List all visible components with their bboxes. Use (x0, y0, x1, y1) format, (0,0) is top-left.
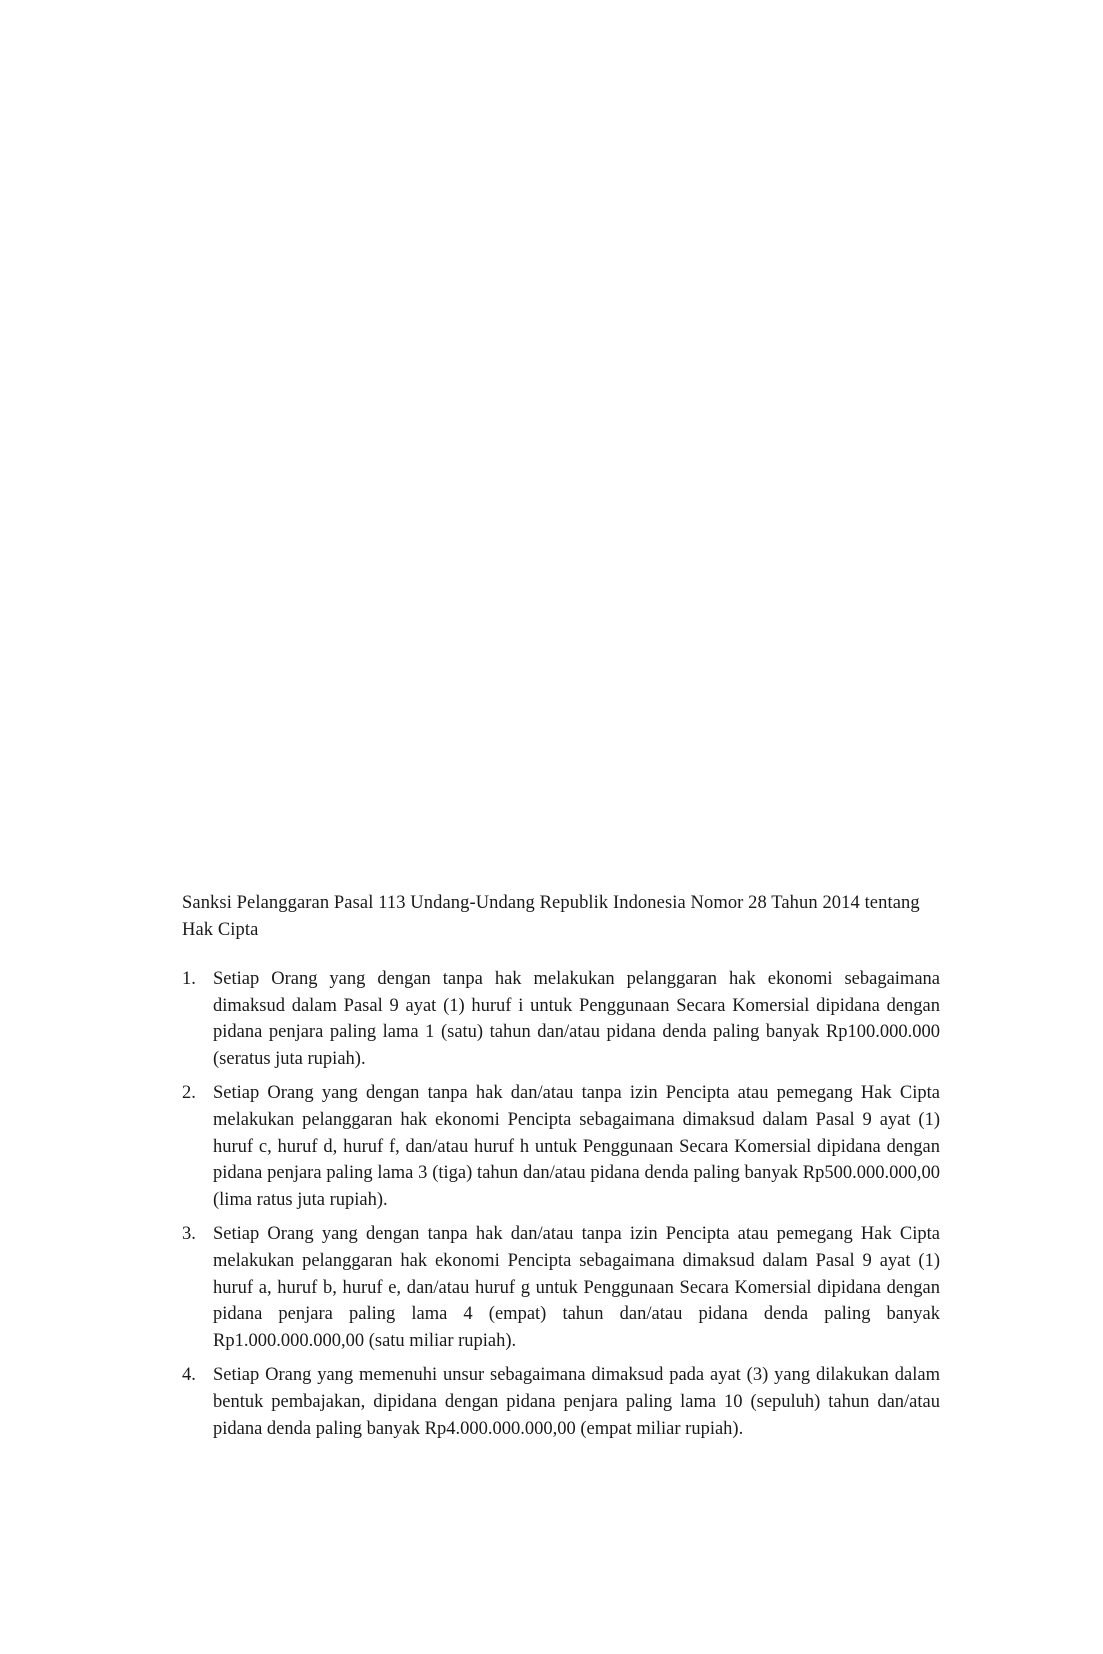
list-item-text: Setiap Orang yang dengan tanpa hak melak… (213, 966, 940, 1072)
list-item-text: Setiap Orang yang memenuhi unsur sebagai… (213, 1362, 940, 1442)
list-item-number: 4. (182, 1362, 210, 1389)
list-item-number: 3. (182, 1221, 210, 1248)
list-item: 2. Setiap Orang yang dengan tanpa hak da… (182, 1080, 940, 1213)
list-item-text: Setiap Orang yang dengan tanpa hak dan/a… (213, 1080, 940, 1213)
list-item: 3. Setiap Orang yang dengan tanpa hak da… (182, 1221, 940, 1354)
list-item-number: 2. (182, 1080, 210, 1107)
list-item: 4. Setiap Orang yang memenuhi unsur seba… (182, 1362, 940, 1442)
list-item-text: Setiap Orang yang dengan tanpa hak dan/a… (213, 1221, 940, 1354)
section-heading: Sanksi Pelanggaran Pasal 113 Undang-Unda… (182, 890, 940, 944)
list-item-number: 1. (182, 966, 210, 993)
document-page: Sanksi Pelanggaran Pasal 113 Undang-Unda… (0, 0, 1103, 1654)
copyright-sanctions-section: Sanksi Pelanggaran Pasal 113 Undang-Unda… (182, 890, 940, 1450)
list-item: 1. Setiap Orang yang dengan tanpa hak me… (182, 966, 940, 1072)
sanctions-list: 1. Setiap Orang yang dengan tanpa hak me… (182, 966, 940, 1442)
